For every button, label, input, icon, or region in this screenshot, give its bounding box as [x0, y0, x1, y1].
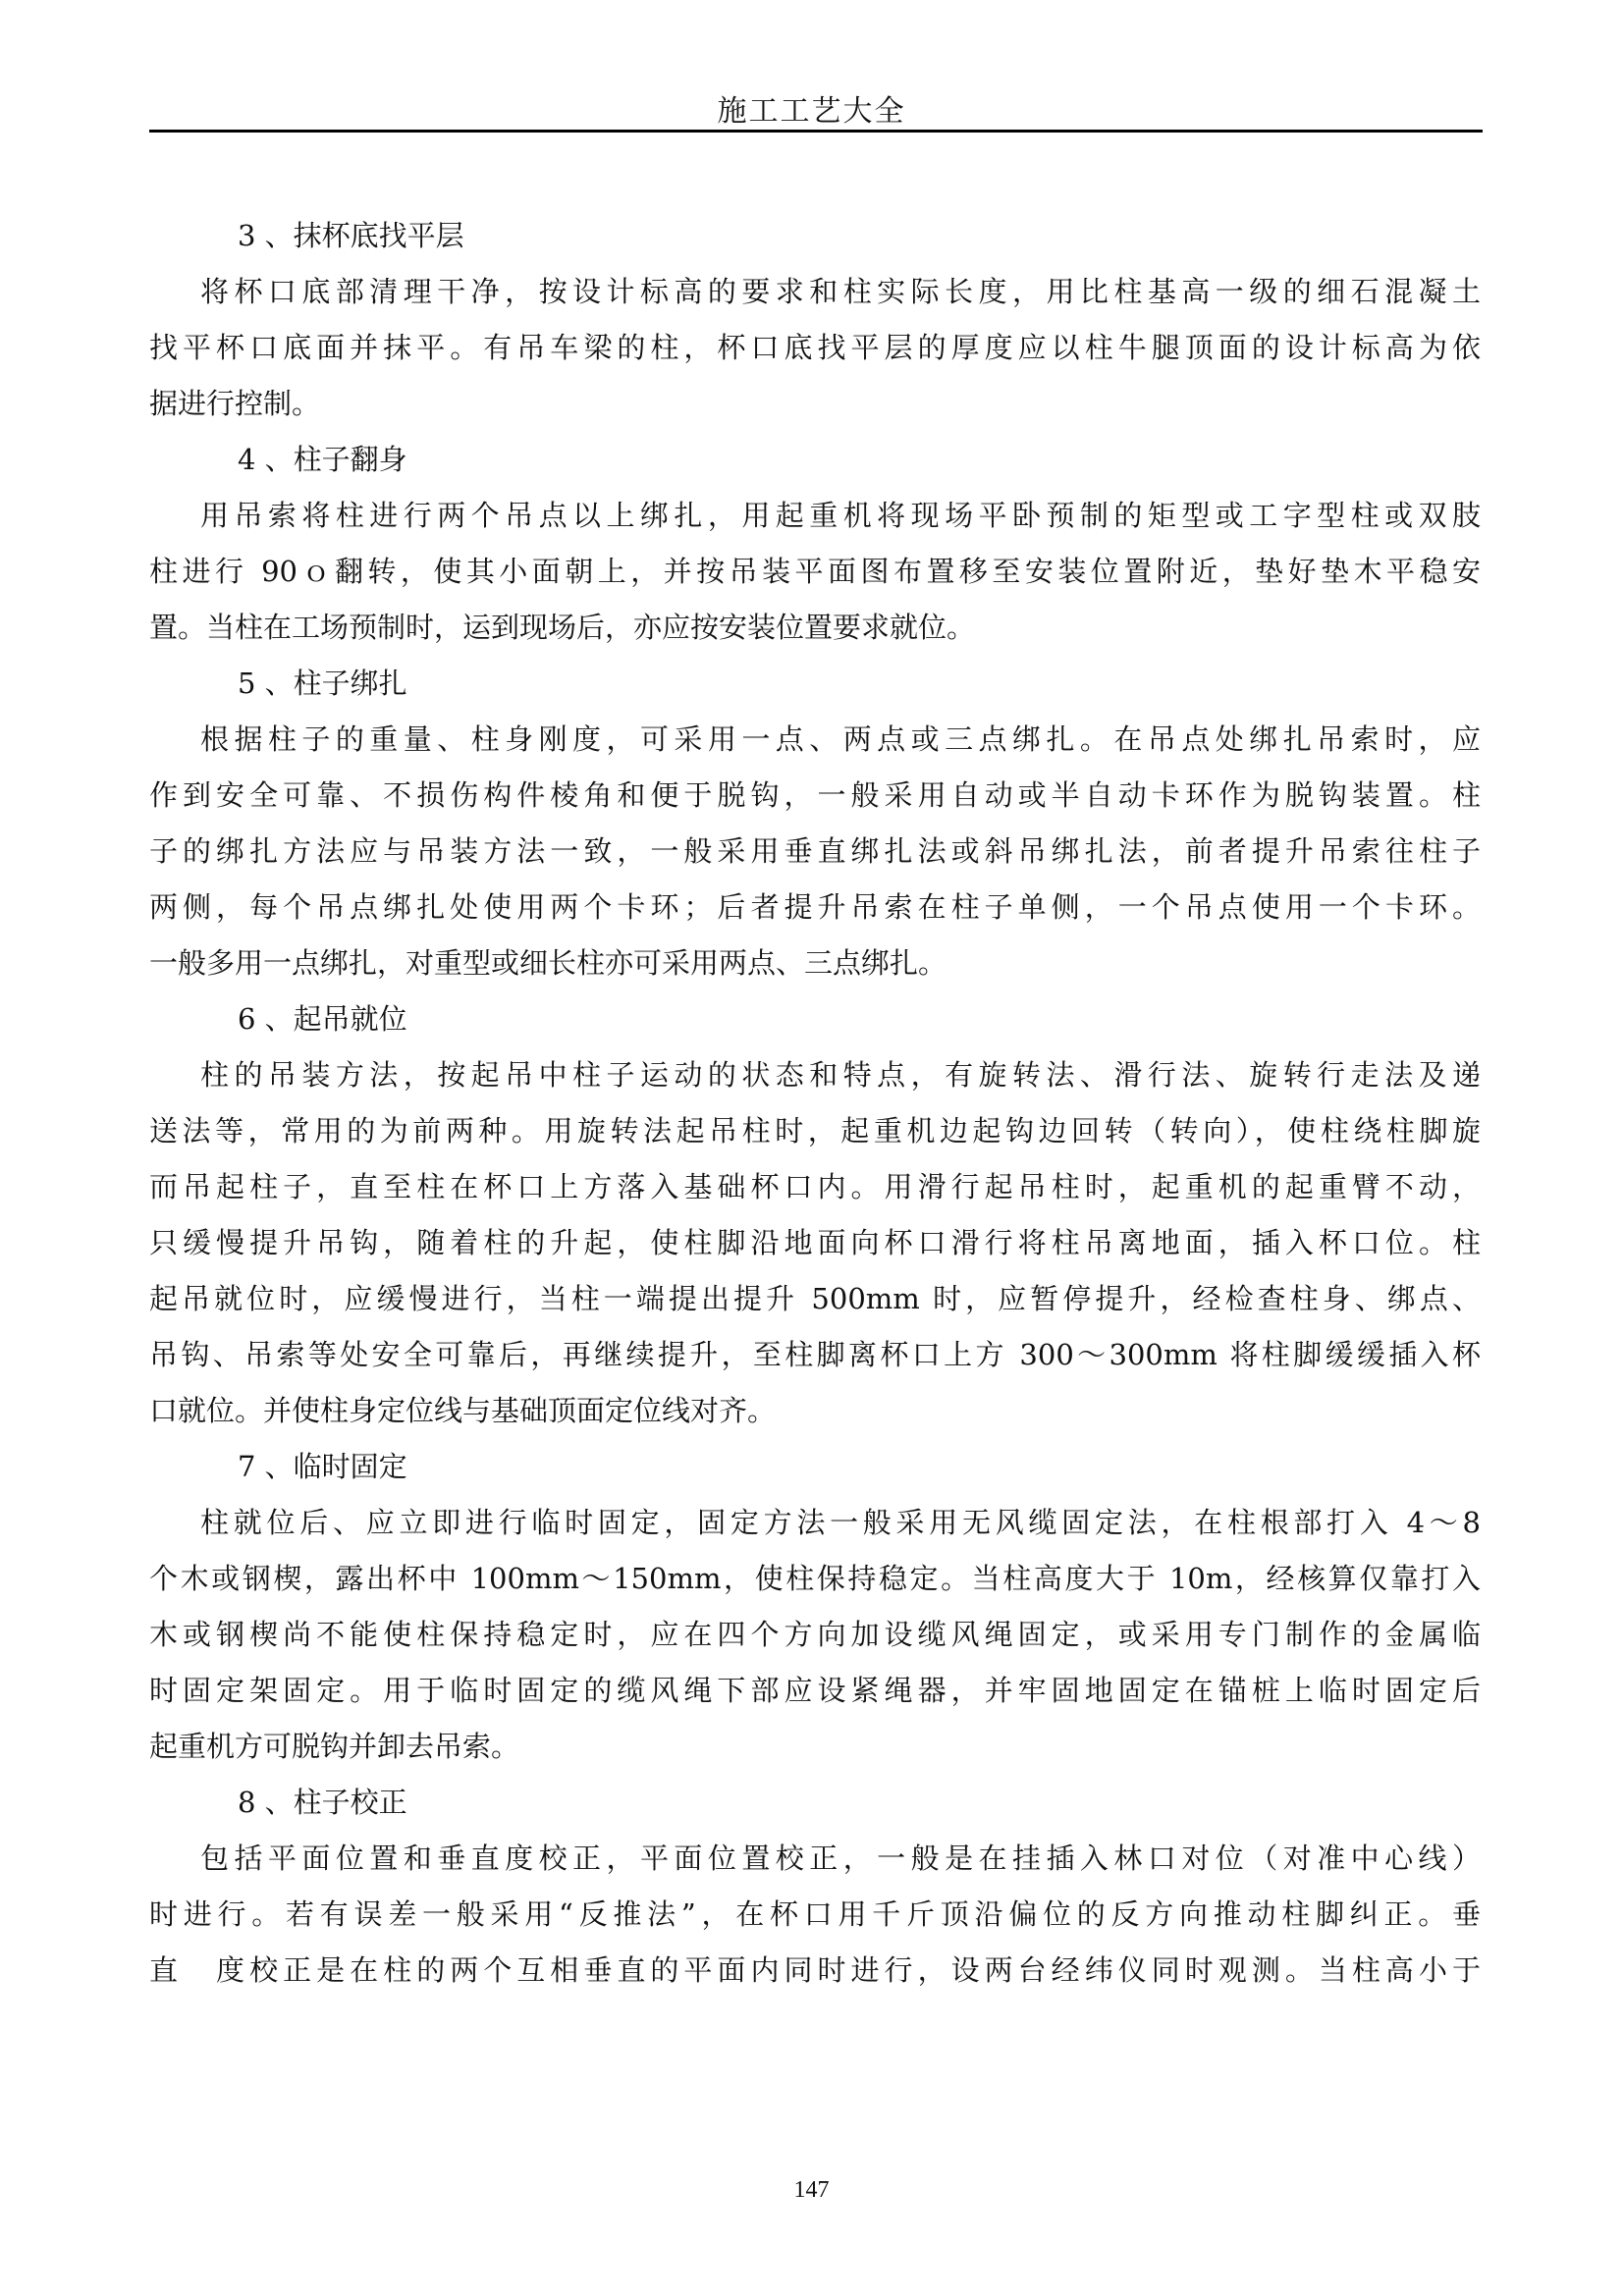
- section-6: 6 、起吊就位 柱的吊装方法，按起吊中柱子运动的状态和特点，有旋转法、滑行法、旋…: [149, 991, 1481, 1439]
- paragraph-line: 起吊就位时，应缓慢进行，当柱一端提出提升 500mm 时，应暂停提升，经检查柱身…: [149, 1271, 1481, 1327]
- section-7: 7 、临时固定 柱就位后、应立即进行临时固定，固定方法一般采用无风缆固定法，在柱…: [149, 1439, 1481, 1775]
- paragraph-line: 直 度校正是在柱的两个互相垂直的平面内同时进行，设两台经纬仪同时观测。当柱高小于: [149, 1943, 1481, 1999]
- paragraph-line: 两侧，每个吊点绑扎处使用两个卡环；后者提升吊索在柱子单侧，一个吊点使用一个卡环。: [149, 880, 1481, 935]
- section-8: 8 、柱子校正 包括平面位置和垂直度校正，平面位置校正，一般是在挂插入林口对位（…: [149, 1775, 1481, 1999]
- paragraph-line: 时固定架固定。用于临时固定的缆风绳下部应设紧绳器，并牢固地固定在锚桩上临时固定后: [149, 1663, 1481, 1719]
- paragraph-line: 根据柱子的重量、柱身刚度，可采用一点、两点或三点绑扎。在吊点处绑扎吊索时，应: [149, 712, 1481, 768]
- paragraph-line: 一般多用一点绑扎，对重型或细长柱亦可采用两点、三点绑扎。: [149, 935, 1481, 991]
- paragraph-line: 时进行。若有误差一般采用“反推法”，在杯口用千斤顶沿偏位的反方向推动柱脚纠正。垂: [149, 1887, 1481, 1943]
- paragraph-line: 作到安全可靠、不损伤构件棱角和便于脱钩，一般采用自动或半自动卡环作为脱钩装置。柱: [149, 768, 1481, 824]
- section-3: 3 、抹杯底找平层 将杯口底部清理干净，按设计标高的要求和柱实际长度，用比柱基高…: [149, 208, 1481, 432]
- section-5: 5 、柱子绑扎 根据柱子的重量、柱身刚度，可采用一点、两点或三点绑扎。在吊点处绑…: [149, 656, 1481, 991]
- paragraph-line: 用吊索将柱进行两个吊点以上绑扎，用起重机将现场平卧预制的矩型或工字型柱或双肢: [149, 488, 1481, 544]
- section-4: 4 、柱子翻身 用吊索将柱进行两个吊点以上绑扎，用起重机将现场平卧预制的矩型或工…: [149, 432, 1481, 656]
- section-heading: 6 、起吊就位: [149, 991, 1481, 1047]
- header-divider: [149, 130, 1483, 133]
- section-heading: 3 、抹杯底找平层: [149, 208, 1481, 264]
- page-number: 147: [0, 2177, 1623, 2204]
- section-heading: 7 、临时固定: [149, 1439, 1481, 1495]
- paragraph-line: 包括平面位置和垂直度校正，平面位置校正，一般是在挂插入林口对位（对准中心线）: [149, 1831, 1481, 1887]
- paragraph-line: 起重机方可脱钩并卸去吊索。: [149, 1719, 1481, 1775]
- paragraph-line: 柱进行 90ｏ翻转，使其小面朝上，并按吊装平面图布置移至安装位置附近，垫好垫木平…: [149, 544, 1481, 600]
- document-body: 3 、抹杯底找平层 将杯口底部清理干净，按设计标高的要求和柱实际长度，用比柱基高…: [149, 208, 1481, 1999]
- paragraph-line: 送法等，常用的为前两种。用旋转法起吊柱时，起重机边起钩边回转（转向），使柱绕柱脚…: [149, 1103, 1481, 1159]
- paragraph-line: 吊钩、吊索等处安全可靠后，再继续提升，至柱脚离杯口上方 300～300mm 将柱…: [149, 1327, 1481, 1383]
- paragraph-line: 只缓慢提升吊钩，随着柱的升起，使柱脚沿地面向杯口滑行将柱吊离地面，插入杯口位。柱: [149, 1215, 1481, 1271]
- paragraph-line: 子的绑扎方法应与吊装方法一致，一般采用垂直绑扎法或斜吊绑扎法，前者提升吊索往柱子: [149, 824, 1481, 880]
- paragraph-line: 柱就位后、应立即进行临时固定，固定方法一般采用无风缆固定法，在柱根部打入 4～8: [149, 1495, 1481, 1551]
- paragraph-line: 而吊起柱子，直至柱在杯口上方落入基础杯口内。用滑行起吊柱时，起重机的起重臂不动，: [149, 1159, 1481, 1215]
- paragraph-line: 柱的吊装方法，按起吊中柱子运动的状态和特点，有旋转法、滑行法、旋转行走法及递: [149, 1047, 1481, 1103]
- paragraph-line: 木或钢楔尚不能使柱保持稳定时，应在四个方向加设缆风绳固定，或采用专门制作的金属临: [149, 1607, 1481, 1663]
- paragraph-line: 将杯口底部清理干净，按设计标高的要求和柱实际长度，用比柱基高一级的细石混凝土: [149, 264, 1481, 320]
- paragraph-line: 个木或钢楔，露出杯中 100mm～150mm，使柱保持稳定。当柱高度大于 10m…: [149, 1551, 1481, 1607]
- section-heading: 5 、柱子绑扎: [149, 656, 1481, 712]
- paragraph-line: 置。当柱在工场预制时，运到现场后，亦应按安装位置要求就位。: [149, 600, 1481, 656]
- paragraph-line: 找平杯口底面并抹平。有吊车梁的柱，杯口底找平层的厚度应以柱牛腿顶面的设计标高为依: [149, 320, 1481, 376]
- header-title: 施工工艺大全: [0, 86, 1623, 130]
- paragraph-line: 据进行控制。: [149, 376, 1481, 432]
- section-heading: 8 、柱子校正: [149, 1775, 1481, 1831]
- section-heading: 4 、柱子翻身: [149, 432, 1481, 488]
- paragraph-line: 口就位。并使柱身定位线与基础顶面定位线对齐。: [149, 1383, 1481, 1439]
